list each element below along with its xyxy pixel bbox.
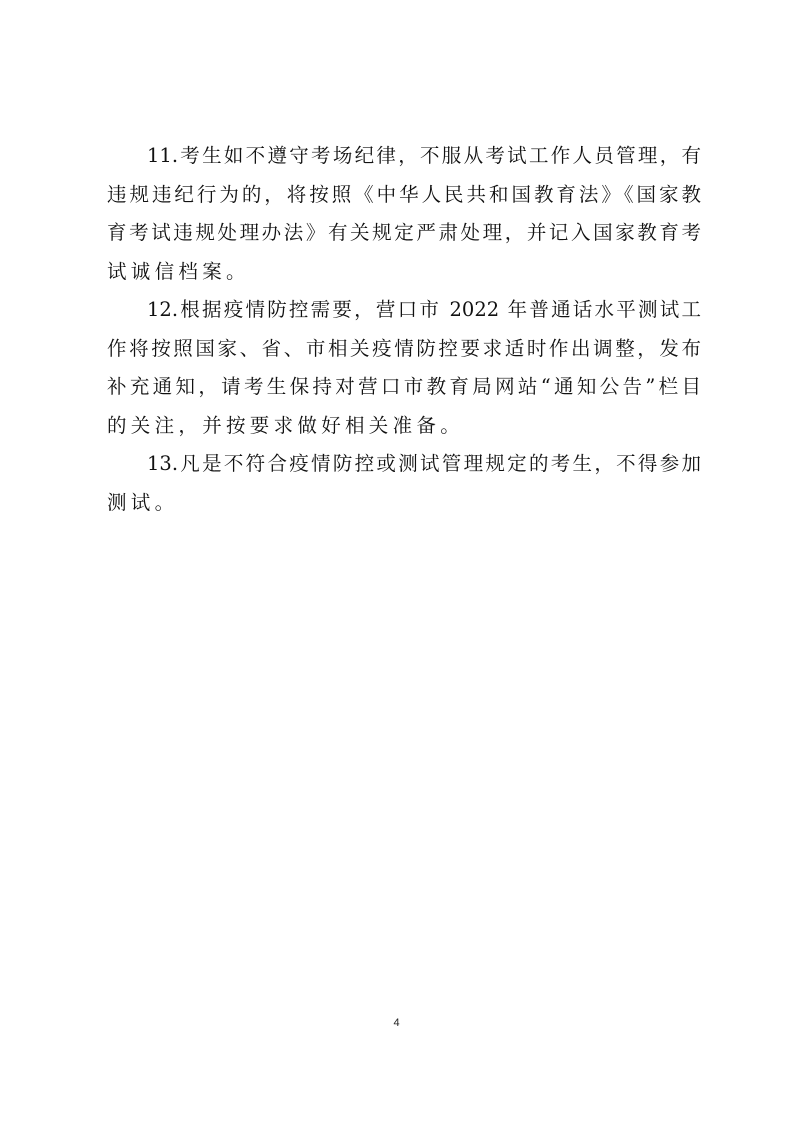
paragraph-12: 12.根据疫情防控需要，营口市 2022 年普通话水平测试工 作将按照国家、省、… [107, 291, 701, 445]
document-page: 11.考生如不遵守考场纪律，不服从考试工作人员管理，有 违规违纪行为的，将按照《… [0, 0, 793, 1122]
text-line: 11.考生如不遵守考场纪律，不服从考试工作人员管理，有 [107, 137, 701, 176]
text-line: 补充通知，请考生保持对营口市教育局网站“通知公告”栏目 [107, 368, 701, 407]
paragraph-11: 11.考生如不遵守考场纪律，不服从考试工作人员管理，有 违规违纪行为的，将按照《… [107, 137, 701, 291]
text-line: 测试。 [107, 484, 701, 523]
page-number: 4 [0, 1017, 793, 1029]
text-line: 违规违纪行为的，将按照《中华人民共和国教育法》《国家教 [107, 176, 701, 215]
paragraph-13: 13.凡是不符合疫情防控或测试管理规定的考生，不得参加 测试。 [107, 445, 701, 522]
text-line: 12.根据疫情防控需要，营口市 2022 年普通话水平测试工 [107, 291, 701, 330]
text-line: 作将按照国家、省、市相关疫情防控要求适时作出调整，发布 [107, 330, 701, 369]
document-body: 11.考生如不遵守考场纪律，不服从考试工作人员管理，有 违规违纪行为的，将按照《… [107, 137, 701, 522]
text-line: 的关注，并按要求做好相关准备。 [107, 407, 701, 446]
text-line: 13.凡是不符合疫情防控或测试管理规定的考生，不得参加 [107, 445, 701, 484]
text-line: 试诚信档案。 [107, 253, 701, 292]
text-line: 育考试违规处理办法》有关规定严肃处理，并记入国家教育考 [107, 214, 701, 253]
